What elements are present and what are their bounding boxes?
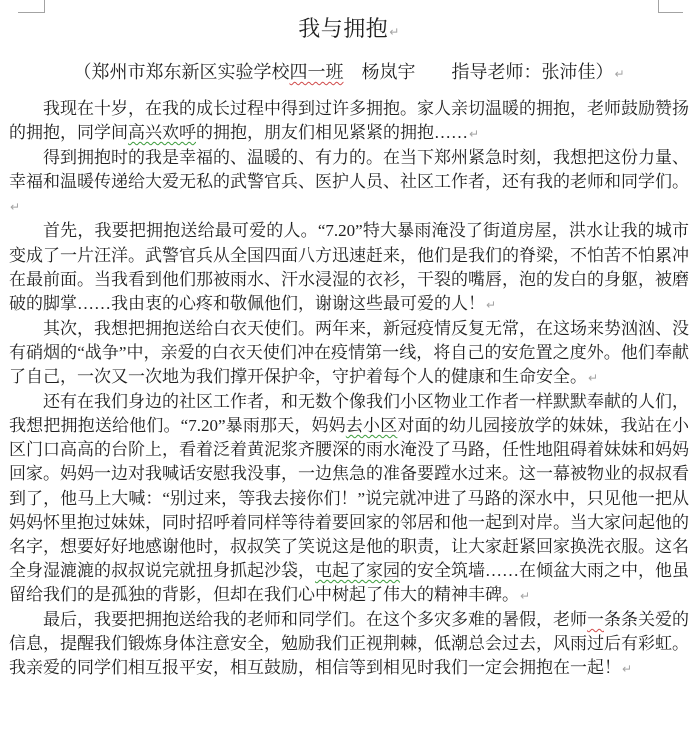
margin-crop-mark-right	[658, 0, 683, 13]
text-segment: 的拥抱，朋友们相见紧紧的拥抱……	[196, 123, 468, 142]
essay-paragraph-1[interactable]: 我现在十岁，在我的成长过程中得到过许多拥抱。家人亲切温暖的拥抱，老师鼓励赞扬的拥…	[9, 97, 689, 146]
spell-error-text: 一	[587, 610, 604, 629]
grammar-error-text: 去小区	[346, 416, 398, 435]
text-segment: 最后，我要把拥抱送给我的老师和同学们。在这个多灾多难的暑假，老师	[43, 610, 587, 629]
essay-title-text: 我与拥抱	[298, 16, 388, 41]
text-segment: 首先，我要把拥抱送给最可爱的人。“7.20”特大暴雨淹没了街道房屋，洪水让我的城…	[9, 221, 689, 312]
text-segment: 对面的幼儿园接放学的妹妹，我站在小区门口高高的台阶上，看着泛着黄泥浆齐腰深的雨水…	[9, 416, 689, 580]
essay-paragraph-6[interactable]: 最后，我要把拥抱送给我的老师和同学们。在这个多灾多难的暑假，老师一条条关爱的信息…	[9, 608, 689, 681]
byline-text: （郑州市郑东新区实验学校四一班 杨岚宇 指导老师：张沛佳）	[73, 62, 613, 82]
pilcrow-mark-icon: ↵	[613, 67, 624, 81]
paragraph-text: 首先，我要把拥抱送给最可爱的人。“7.20”特大暴雨淹没了街道房屋，洪水让我的城…	[9, 221, 689, 312]
pilcrow-mark-icon: ↵	[519, 589, 530, 603]
text-segment: （郑州市郑东新区实验学校	[73, 62, 289, 82]
pilcrow-mark-icon: ↵	[9, 200, 20, 214]
grammar-error-text: 高兴欢呼	[128, 123, 196, 142]
document-page: 我与拥抱↵ （郑州市郑东新区实验学校四一班 杨岚宇 指导老师：张沛佳）↵ 我现在…	[0, 0, 698, 745]
margin-crop-mark-left	[18, 0, 45, 13]
text-segment: 杨岚宇 指导老师：张沛佳）	[343, 62, 613, 82]
essay-body: 我现在十岁，在我的成长过程中得到过许多拥抱。家人亲切温暖的拥抱，老师鼓励赞扬的拥…	[9, 97, 689, 681]
essay-paragraph-5[interactable]: 还有在我们身边的社区工作者，和无数个像我们小区物业工作者一样默默奉献的人们，我想…	[9, 390, 689, 608]
text-segment: 得到拥抱时的我是幸福的、温暖的、有力的。在当下郑州紧急时刻，我想把这份力量、幸福…	[9, 148, 689, 191]
essay-paragraph-2[interactable]: 得到拥抱时的我是幸福的、温暖的、有力的。在当下郑州紧急时刻，我想把这份力量、幸福…	[9, 146, 689, 219]
paragraph-text: 还有在我们身边的社区工作者，和无数个像我们小区物业工作者一样默默奉献的人们，我想…	[9, 392, 689, 604]
byline: （郑州市郑东新区实验学校四一班 杨岚宇 指导老师：张沛佳）↵	[9, 57, 689, 89]
paragraph-text: 我现在十岁，在我的成长过程中得到过许多拥抱。家人亲切温暖的拥抱，老师鼓励赞扬的拥…	[9, 99, 689, 142]
spell-error-text: 四一班	[289, 62, 343, 82]
essay-title: 我与拥抱↵	[9, 12, 689, 49]
pilcrow-mark-icon: ↵	[468, 127, 479, 141]
paragraph-text: 得到拥抱时的我是幸福的、温暖的、有力的。在当下郑州紧急时刻，我想把这份力量、幸福…	[9, 148, 689, 191]
grammar-error-text: 屯起了家园	[315, 561, 400, 580]
essay-paragraph-4[interactable]: 其次，我想把拥抱送给白衣天使们。两年来，新冠疫情反复无常，在这场来势汹汹、没有硝…	[9, 317, 689, 390]
essay-paragraph-3[interactable]: 首先，我要把拥抱送给最可爱的人。“7.20”特大暴雨淹没了街道房屋，洪水让我的城…	[9, 219, 689, 316]
pilcrow-mark-icon: ↵	[388, 25, 400, 39]
paragraph-text: 最后，我要把拥抱送给我的老师和同学们。在这个多灾多难的暑假，老师一条条关爱的信息…	[9, 610, 689, 677]
pilcrow-mark-icon: ↵	[485, 298, 496, 312]
pilcrow-mark-icon: ↵	[587, 371, 598, 385]
pilcrow-mark-icon: ↵	[621, 662, 632, 676]
